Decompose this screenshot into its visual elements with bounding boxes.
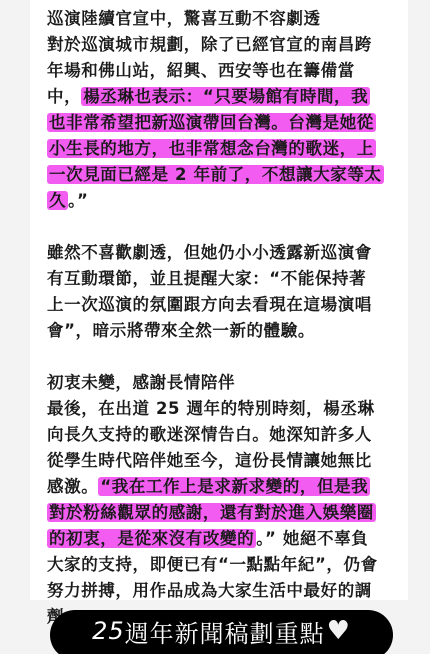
text-line: 會”，暗示將帶來全然一新的體驗。 — [47, 318, 399, 344]
highlighted-quote: 楊丞琳也表示：“只要場館有時間，我 — [81, 87, 370, 106]
text-line: 努力拼搏，用作品成為大家生活中最好的調 — [47, 578, 399, 604]
text-line: 上一次巡演的氛圍跟方向去看現在這場演唱 — [47, 292, 399, 318]
section-interaction-teaser: 雖然不喜歡劇透，但她仍小小透露新巡演會 有互動環節，並且提醒大家：“不能保持著 … — [47, 240, 399, 344]
highlighted-quote: 也非常希望把新巡演帶回台灣。台灣是她從 — [47, 113, 376, 132]
text-line: 也非常希望把新巡演帶回台灣。台灣是她從 — [47, 110, 399, 136]
highlight-banner: 25 週年新聞稿劃重點 ♥ — [50, 610, 393, 654]
text-line: 久。” — [47, 188, 399, 214]
text-line: 對於巡演城市規劃，除了已經官宣的南昌跨 — [47, 32, 399, 58]
text-line: 雖然不喜歡劇透，但她仍小小透露新巡演會 — [47, 240, 399, 266]
banner-number: 25 — [92, 617, 125, 645]
section-heading: 初衷未變，感謝長情陪伴 — [47, 370, 399, 396]
highlighted-quote: 的初衷，是從來沒有改變的 — [47, 529, 256, 548]
highlighted-quote: 對於粉絲觀眾的感謝，還有對於進入娛樂圈 — [47, 503, 376, 522]
section-original-aspiration: 初衷未變，感謝長情陪伴 最後，在出道 25 週年的特別時刻，楊丞琳 向長久支持的… — [47, 370, 399, 630]
article-content: 巡演陸續官宣中，驚喜互動不容劇透 對於巡演城市規劃，除了已經官宣的南昌跨 年場和… — [47, 6, 399, 654]
text-line: 向長久支持的歌迷深情告白。她深知許多人 — [47, 422, 399, 448]
text-line: 年場和佛山站，紹興、西安等也在籌備當 — [47, 58, 399, 84]
text-line: 的初衷，是從來沒有改變的。” 她絕不辜負 — [47, 526, 399, 552]
text-line: 最後，在出道 25 週年的特別時刻，楊丞琳 — [47, 396, 399, 422]
highlighted-quote: 久 — [47, 191, 68, 210]
text-line: 小生長的地方，也非常想念台灣的歌迷，上 — [47, 136, 399, 162]
section-tour-announcement: 巡演陸續官宣中，驚喜互動不容劇透 對於巡演城市規劃，除了已經官宣的南昌跨 年場和… — [47, 6, 399, 214]
highlighted-quote: 一次見面已經是 2 年前了，不想讓大家等太 — [47, 165, 384, 184]
text-line: 有互動環節，並且提醒大家：“不能保持著 — [47, 266, 399, 292]
text-line: 中，楊丞琳也表示：“只要場館有時間，我 — [47, 84, 399, 110]
text-line: 大家的支持，即便已有“一點點年紀”，仍會 — [47, 552, 399, 578]
section-heading: 巡演陸續官宣中，驚喜互動不容劇透 — [47, 6, 399, 32]
highlighted-quote: “我在工作上是求新求變的，但是我 — [98, 477, 370, 496]
text-line: 從學生時代陪伴她至今，這份長情讓她無比 — [47, 448, 399, 474]
text-line: 感激。“我在工作上是求新求變的，但是我 — [47, 474, 399, 500]
white-heart-icon: ♥ — [327, 616, 351, 646]
text-line: 對於粉絲觀眾的感謝，還有對於進入娛樂圈 — [47, 500, 399, 526]
highlighted-quote: 小生長的地方，也非常想念台灣的歌迷，上 — [47, 139, 376, 158]
banner-label: 週年新聞稿劃重點 — [125, 614, 325, 649]
text-line: 一次見面已經是 2 年前了，不想讓大家等太 — [47, 162, 399, 188]
